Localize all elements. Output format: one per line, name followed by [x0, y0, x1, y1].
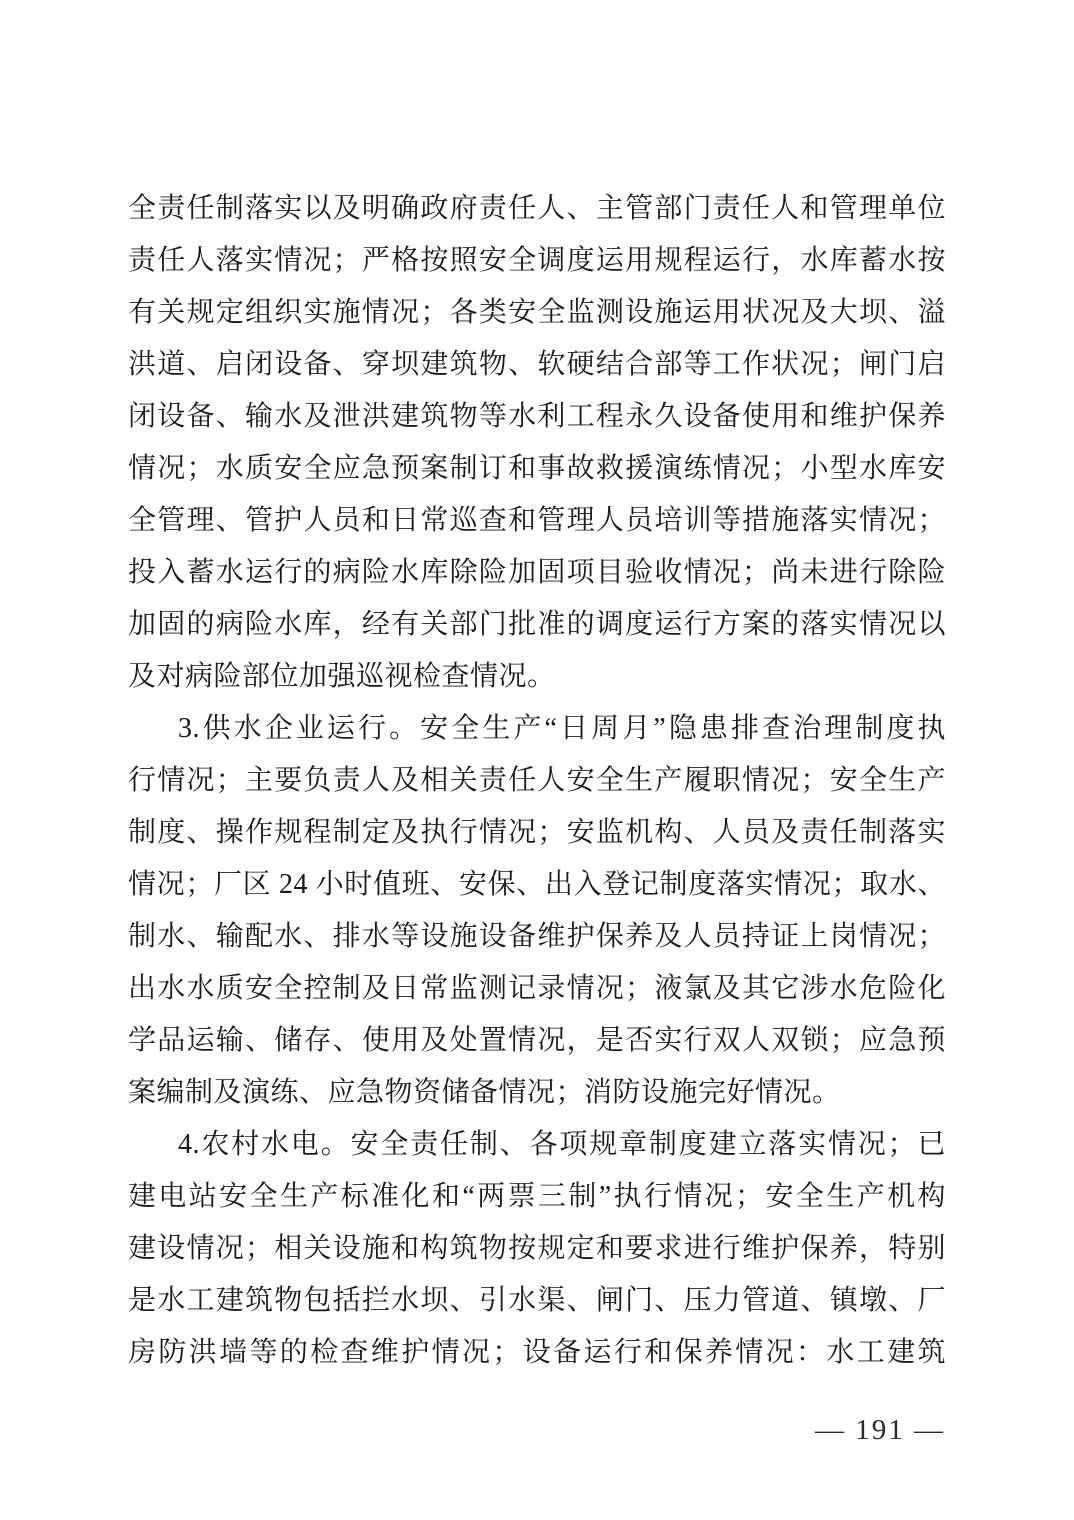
document-body: 全责任制落实以及明确政府责任人、主管部门责任人和管理单位 责任人落实情况；严格按… [128, 183, 946, 1379]
text-line-paragraph-end: 及对病险部位加强巡视检查情况。 [128, 651, 946, 703]
page-number: — 191 — [815, 1412, 945, 1448]
text-line: 建电站安全生产标准化和“两票三制”执行情况；安全生产机构 [128, 1171, 946, 1223]
text-line-paragraph-start: 3.供水企业运行。安全生产“日周月”隐患排查治理制度执 [128, 703, 946, 755]
text-line: 投入蓄水运行的病险水库除险加固项目验收情况；尚未进行除险 [128, 547, 946, 599]
text-line: 全责任制落实以及明确政府责任人、主管部门责任人和管理单位 [128, 183, 946, 235]
text-line: 情况；厂区 24 小时值班、安保、出入登记制度落实情况；取水、 [128, 859, 946, 911]
text-line: 有关规定组织实施情况；各类安全监测设施运用状况及大坝、溢 [128, 287, 946, 339]
text-line: 出水水质安全控制及日常监测记录情况；液氯及其它涉水危险化 [128, 963, 946, 1015]
text-line: 洪道、启闭设备、穿坝建筑物、软硬结合部等工作状况；闸门启 [128, 339, 946, 391]
text-line: 是水工建筑物包括拦水坝、引水渠、闸门、压力管道、镇墩、厂 [128, 1275, 946, 1327]
text-line: 制水、输配水、排水等设施设备维护保养及人员持证上岗情况； [128, 911, 946, 963]
text-line: 加固的病险水库，经有关部门批准的调度运行方案的落实情况以 [128, 599, 946, 651]
text-line: 闭设备、输水及泄洪建筑物等水利工程永久设备使用和维护保养 [128, 391, 946, 443]
document-page: 全责任制落实以及明确政府责任人、主管部门责任人和管理单位 责任人落实情况；严格按… [0, 0, 1074, 1520]
text-line: 制度、操作规程制定及执行情况；安监机构、人员及责任制落实 [128, 807, 946, 859]
text-line: 情况；水质安全应急预案制订和事故救援演练情况；小型水库安 [128, 443, 946, 495]
text-line: 建设情况；相关设施和构筑物按规定和要求进行维护保养，特别 [128, 1223, 946, 1275]
text-line-paragraph-end: 案编制及演练、应急物资储备情况；消防设施完好情况。 [128, 1067, 946, 1119]
text-line-paragraph-start: 4.农村水电。安全责任制、各项规章制度建立落实情况；已 [128, 1119, 946, 1171]
text-line: 责任人落实情况；严格按照安全调度运用规程运行，水库蓄水按 [128, 235, 946, 287]
text-line: 全管理、管护人员和日常巡查和管理人员培训等措施落实情况； [128, 495, 946, 547]
text-line: 行情况；主要负责人及相关责任人安全生产履职情况；安全生产 [128, 755, 946, 807]
text-line: 房防洪墙等的检查维护情况；设备运行和保养情况：水工建筑物、 [128, 1327, 946, 1379]
text-line: 学品运输、储存、使用及处置情况，是否实行双人双锁；应急预 [128, 1015, 946, 1067]
